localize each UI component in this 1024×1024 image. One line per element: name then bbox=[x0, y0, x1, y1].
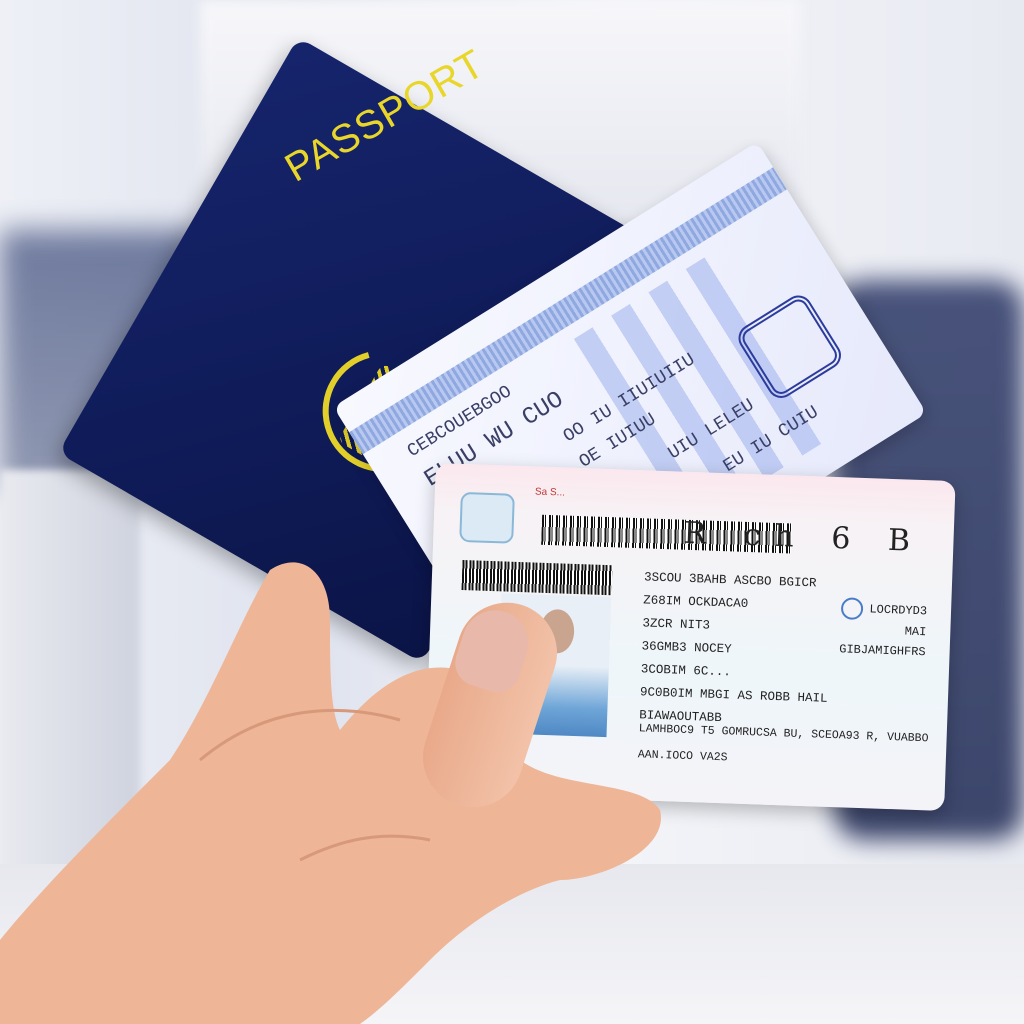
id-signature: R ch 6 B bbox=[683, 516, 925, 559]
id-right-text: GIBJAMIGHFRS bbox=[839, 639, 926, 662]
hand bbox=[0, 560, 680, 1024]
id-header: Sa S... bbox=[535, 487, 565, 499]
id-right-block: LOCRDYD3 MAI GIBJAMIGHFRS bbox=[839, 597, 928, 662]
id-logo-icon bbox=[841, 597, 864, 620]
id-seal-icon bbox=[459, 492, 515, 544]
id-right-text: LOCRDYD3 bbox=[869, 602, 927, 618]
id-bottom-block: LAMHBOC9 T5 GOMRUCSA BU, SCEOA93 R, VUAB… bbox=[637, 716, 928, 778]
